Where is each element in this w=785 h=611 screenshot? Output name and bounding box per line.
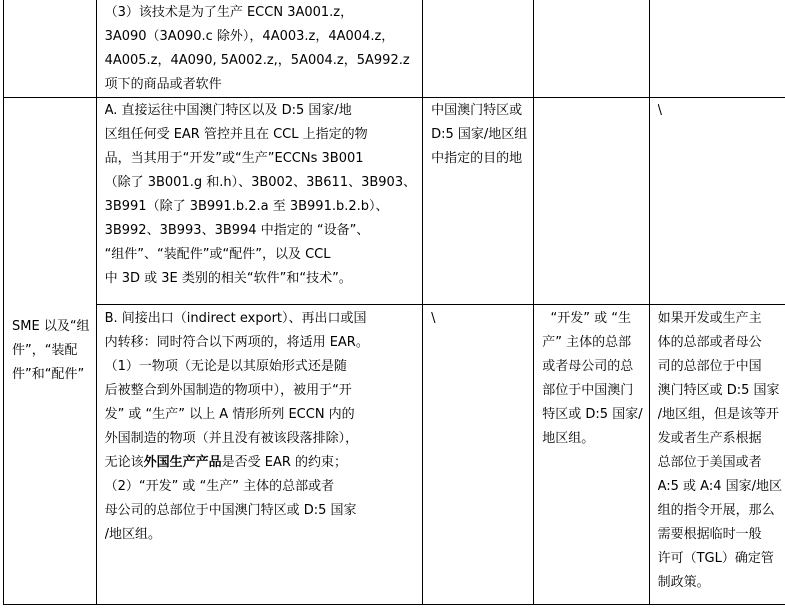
text-line: 澳门特区或 D:5 国家	[658, 379, 782, 403]
text-line: 品，当其用于“开发”或“生产”ECCNs 3B001	[105, 147, 417, 171]
text-line: 司的总部位于中国	[658, 355, 782, 379]
text-line: 3B992、3B993、3B994 中指定的 “设备”、	[105, 219, 417, 243]
text-line: 组的指令开展，那么	[658, 499, 782, 523]
text-line: 发或者生产系根据	[658, 427, 782, 451]
text-line: 中国澳门特区或	[431, 99, 527, 123]
text-line: /地区组，但是该等开	[658, 403, 782, 427]
scenario-cell-a: A. 直接运往中国澳门特区以及 D:5 国家/地 区组任何受 EAR 管控并且在…	[96, 98, 423, 305]
regulation-table: （3）该技术是为了生产 ECCN 3A001.z， 3A090（3A090.c …	[3, 0, 785, 605]
text-line: （1）一物项（无论是以其原始形式还是随	[105, 355, 417, 379]
text-line: A:5 或 A:4 国家/地区	[658, 475, 782, 499]
category-cell-sme: SME 以及“组 件”，“装配 件”和“配件”	[4, 98, 97, 605]
text-line: \	[658, 99, 782, 123]
scenario-cell-top: （3）该技术是为了生产 ECCN 3A001.z， 3A090（3A090.c …	[96, 0, 423, 98]
text-line: （除了 3B001.g 和.h）、3B002、3B611、3B903、	[105, 171, 417, 195]
text-line: 部位于中国澳门	[542, 379, 642, 403]
text-line: \	[431, 307, 527, 331]
text-line: 件”，“装配	[12, 339, 90, 363]
text-line: 区组任何受 EAR 管控并且在 CCL 上指定的物	[105, 123, 417, 147]
entity-cell-a	[534, 98, 649, 305]
text-line: 3A090（3A090.c 除外），4A003.z，4A004.z，	[105, 25, 417, 49]
destination-cell-b: \	[423, 305, 534, 605]
text-line: 特区或 D:5 国家/	[542, 403, 642, 427]
text-line: 体的总部或者母公	[658, 331, 782, 355]
text-line: 中指定的目的地	[431, 147, 527, 171]
exception-cell-top	[649, 0, 785, 98]
text-line: B. 间接出口（indirect export）、再出口或国	[105, 307, 417, 331]
text-line: 后被整合到外国制造的物项中），被用于“开	[105, 379, 417, 403]
table-row-b: B. 间接出口（indirect export）、再出口或国 内转移：同时符合以…	[4, 305, 785, 605]
text-line: （3）该技术是为了生产 ECCN 3A001.z，	[105, 1, 417, 25]
entity-cell-b: “开发” 或 “生 产” 主体的总部 或者母公司的总 部位于中国澳门 特区或 D…	[534, 305, 649, 605]
text-line: 地区组。	[542, 427, 642, 451]
category-cell-top	[4, 0, 97, 98]
text-line: 制政策。	[658, 571, 782, 595]
exception-cell-b: 如果开发或生产主 体的总部或者母公 司的总部位于中国 澳门特区或 D:5 国家 …	[649, 305, 785, 605]
text-line-emphasis: 无论该外国生产产品是否受 EAR 的约束；	[105, 451, 417, 475]
text-line: 需要根据临时一般	[658, 523, 782, 547]
bold-term: 外国生产产品	[144, 455, 222, 470]
text-line: “组件”、“装配件”或“配件”，以及 CCL	[105, 243, 417, 267]
text-line: 4A005.z，4A090, 5A002.z,，5A004.z，5A992.z	[105, 49, 417, 73]
text-segment: 是否受 EAR 的约束；	[222, 455, 347, 470]
text-line: 3B991（除了 3B991.b.2.a 至 3B991.b.2.b）、	[105, 195, 417, 219]
text-line: 总部位于美国或者	[658, 451, 782, 475]
text-line: 发” 或 “生产” 以上 A 情形所列 ECCN 内的	[105, 403, 417, 427]
table-row-top: （3）该技术是为了生产 ECCN 3A001.z， 3A090（3A090.c …	[4, 0, 785, 98]
text-line: “开发” 或 “生	[542, 307, 642, 331]
exception-cell-a: \	[649, 98, 785, 305]
entity-cell-top	[534, 0, 649, 98]
text-line: D:5 国家/地区组	[431, 123, 527, 147]
text-line: SME 以及“组	[12, 315, 90, 339]
text-line: 件”和“配件”	[12, 363, 90, 387]
text-line: /地区组。	[105, 523, 417, 547]
text-line: 外国制造的物项（并且没有被该段落排除），	[105, 427, 417, 451]
text-line: 产” 主体的总部	[542, 331, 642, 355]
text-line: 中 3D 或 3E 类别的相关“软件”和“技术”。	[105, 267, 417, 291]
table-row-a: SME 以及“组 件”，“装配 件”和“配件” A. 直接运往中国澳门特区以及 …	[4, 98, 785, 305]
scenario-cell-b: B. 间接出口（indirect export）、再出口或国 内转移：同时符合以…	[96, 305, 423, 605]
destination-cell-a: 中国澳门特区或 D:5 国家/地区组 中指定的目的地	[423, 98, 534, 305]
text-line: 或者母公司的总	[542, 355, 642, 379]
text-line: 如果开发或生产主	[658, 307, 782, 331]
destination-cell-top	[423, 0, 534, 98]
text-line: A. 直接运往中国澳门特区以及 D:5 国家/地	[105, 99, 417, 123]
text-line: 内转移：同时符合以下两项的，将适用 EAR。	[105, 331, 417, 355]
text-line: （2）“开发” 或 “生产” 主体的总部或者	[105, 475, 417, 499]
text-line: 母公司的总部位于中国澳门特区或 D:5 国家	[105, 499, 417, 523]
text-segment: 无论该	[105, 455, 144, 470]
text-line: 许可（TGL）确定管	[658, 547, 782, 571]
text-line: 项下的商品或者软件	[105, 73, 417, 97]
